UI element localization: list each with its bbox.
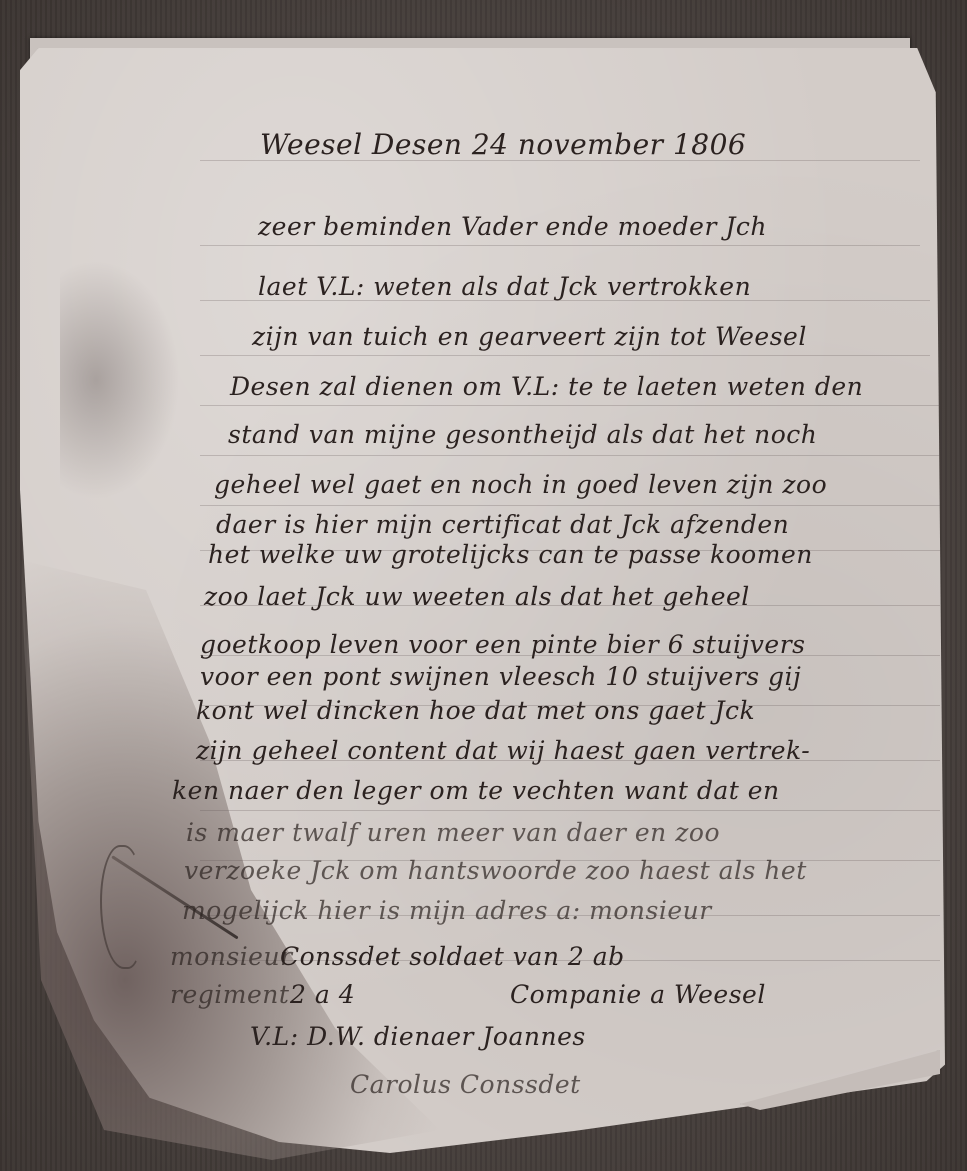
letter-line: geheel wel gaet en noch in goed leven zi… xyxy=(214,470,827,499)
letter-line: ken naer den leger om te vechten want da… xyxy=(172,776,780,805)
dateline: Weesel Desen 24 november 1806 xyxy=(260,128,746,161)
letter-line: verzoeke Jck om hantswoorde zoo haest al… xyxy=(184,856,807,885)
letter-line: laet V.L: weten als dat Jck vertrokken xyxy=(258,272,751,301)
letter-line: zijn van tuich en gearveert zijn tot Wee… xyxy=(252,322,807,351)
thread-loop xyxy=(100,845,144,969)
ruled-line xyxy=(200,405,940,406)
address-regiment: regiment xyxy=(170,980,289,1009)
address-regiment-number: 2 a 4 xyxy=(290,980,355,1009)
ruled-line xyxy=(200,355,930,356)
address-prefix: monsieur xyxy=(170,942,293,971)
letter-line: voor een pont swijnen vleesch 10 stuijve… xyxy=(200,662,801,691)
letter-line: kont wel dincken hoe dat met ons gaet Jc… xyxy=(196,696,755,725)
ruled-line xyxy=(200,245,920,246)
letter-line: is maer twalf uren meer van daer en zoo xyxy=(186,818,720,847)
letter-line: zoo laet Jck uw weeten als dat het gehee… xyxy=(204,582,750,611)
signature: Carolus Conssdet xyxy=(350,1070,581,1099)
closing: V.L: D.W. dienaer Joannes xyxy=(250,1022,586,1051)
letter-line: goetkoop leven voor een pinte bier 6 stu… xyxy=(200,630,805,659)
letter-line: zijn geheel content dat wij haest gaen v… xyxy=(196,736,810,765)
letter-line: zeer beminden Vader ende moeder Jch xyxy=(258,212,767,241)
letter-line: het welke uw grotelijcks can te passe ko… xyxy=(208,540,813,569)
address-line-2: Companie a Weesel xyxy=(510,980,766,1009)
letter-line: daer is hier mijn certificat dat Jck afz… xyxy=(216,510,789,539)
address-line-1: Conssdet soldaet van 2 ab xyxy=(280,942,625,971)
ruled-line xyxy=(200,455,940,456)
letter-line: stand van mijne gesontheijd als dat het … xyxy=(228,420,817,449)
letter-line: Desen zal dienen om V.L: te te laeten we… xyxy=(230,372,863,401)
ruled-line xyxy=(200,810,940,811)
letter-line: mogelijck hier is mijn adres a: monsieur xyxy=(182,896,712,925)
ruled-line xyxy=(200,505,940,506)
